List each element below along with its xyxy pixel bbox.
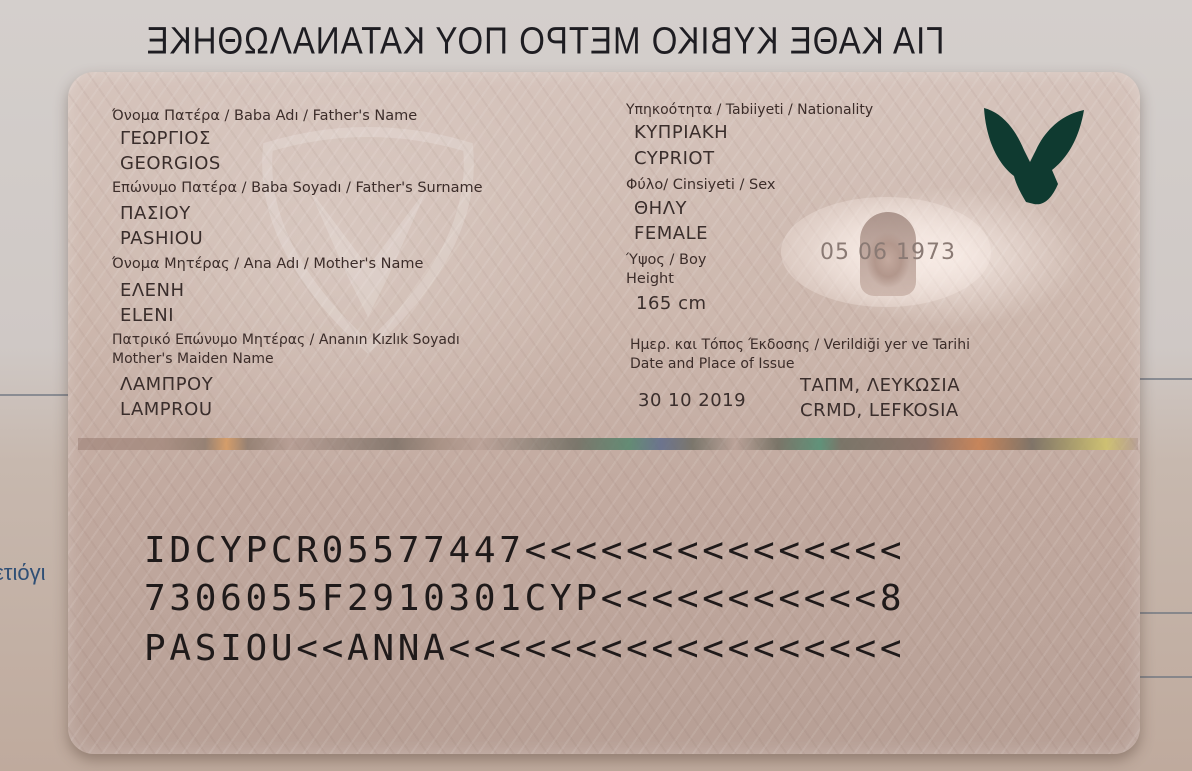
blue-fragment: ετιόγι bbox=[0, 560, 46, 586]
nationality-greek: ΚΥΠΡΙΑΚΗ bbox=[634, 122, 728, 143]
fathers-name-latin: GEORGIOS bbox=[120, 153, 221, 174]
photo-overlay-date: 05 06 1973 bbox=[820, 240, 956, 265]
mrz-line-2: 7306055F2910301CYP<<<<<<<<<<<8 bbox=[144, 578, 905, 619]
coat-of-arms-watermark-icon bbox=[238, 127, 498, 357]
mrz-line-3: PASIOU<<ANNA<<<<<<<<<<<<<<<<<< bbox=[144, 628, 905, 669]
nationality-latin: CYPRIOT bbox=[634, 148, 715, 169]
sex-greek: ΘΗΛΥ bbox=[634, 198, 687, 219]
issue-label: Ημερ. και Τόπος Έκδοσης / Verildiği yer … bbox=[630, 337, 970, 353]
sex-label: Φύλο/ Cinsiyeti / Sex bbox=[626, 177, 775, 193]
mothers-name-greek: ΕΛΕΝΗ bbox=[120, 280, 185, 301]
nationality-label: Υπηκοότητα / Tabiiyeti / Nationality bbox=[626, 102, 873, 118]
paper-rule bbox=[1136, 378, 1192, 380]
paper-rule bbox=[0, 394, 70, 396]
fathers-surname-label: Επώνυμο Πατέρα / Baba Soyadı / Father's … bbox=[112, 180, 483, 196]
holographic-strip bbox=[78, 438, 1138, 450]
mothers-maiden-name-latin: LAMPROU bbox=[120, 399, 213, 420]
dove-icon bbox=[980, 104, 1090, 210]
height-label: Ύψος / Boy bbox=[626, 252, 706, 268]
fathers-name-greek: ΓΕΩΡΓΙΟΣ bbox=[120, 128, 211, 149]
paper-rule bbox=[1136, 612, 1192, 614]
mothers-name-latin: ELENI bbox=[120, 305, 174, 326]
height-value: 165 cm bbox=[636, 293, 707, 314]
issue-label-en: Date and Place of Issue bbox=[630, 356, 795, 372]
mothers-name-label: Όνομα Μητέρας / Ana Adı / Mother's Name bbox=[112, 256, 423, 272]
mirrored-heading: ΓΙΑ ΚΑΘΕ ΚΥΒΙΚΟ ΜΕΤΡΟ ΠΟΥ ΚΑΤΑΝΑΛΩΘΗΚΕ bbox=[80, 19, 1010, 63]
mothers-maiden-name-label: Πατρικό Επώνυμο Μητέρας / Ananın Kızlık … bbox=[112, 332, 460, 348]
issue-place-greek: ΤΑΠΜ, ΛΕΥΚΩΣΙΑ bbox=[800, 375, 960, 396]
sex-latin: FEMALE bbox=[634, 223, 708, 244]
mothers-maiden-name-greek: ΛΑΜΠΡΟΥ bbox=[120, 374, 213, 395]
mrz-line-1: IDCYPCR05577447<<<<<<<<<<<<<<< bbox=[144, 530, 905, 571]
paper-rule bbox=[1136, 676, 1192, 678]
mothers-maiden-name-label-en: Mother's Maiden Name bbox=[112, 351, 274, 367]
issue-place-latin: CRMD, LEFKOSIA bbox=[800, 400, 959, 421]
fathers-surname-greek: ΠΑΣΙΟΥ bbox=[120, 203, 191, 224]
fathers-name-label: Όνομα Πατέρα / Baba Adı / Father's Name bbox=[112, 108, 417, 124]
issue-date: 30 10 2019 bbox=[638, 390, 746, 411]
height-label-en: Height bbox=[626, 271, 674, 287]
fathers-surname-latin: PASHIOU bbox=[120, 228, 203, 249]
id-card: Όνομα Πατέρα / Baba Adı / Father's Name … bbox=[68, 72, 1140, 754]
